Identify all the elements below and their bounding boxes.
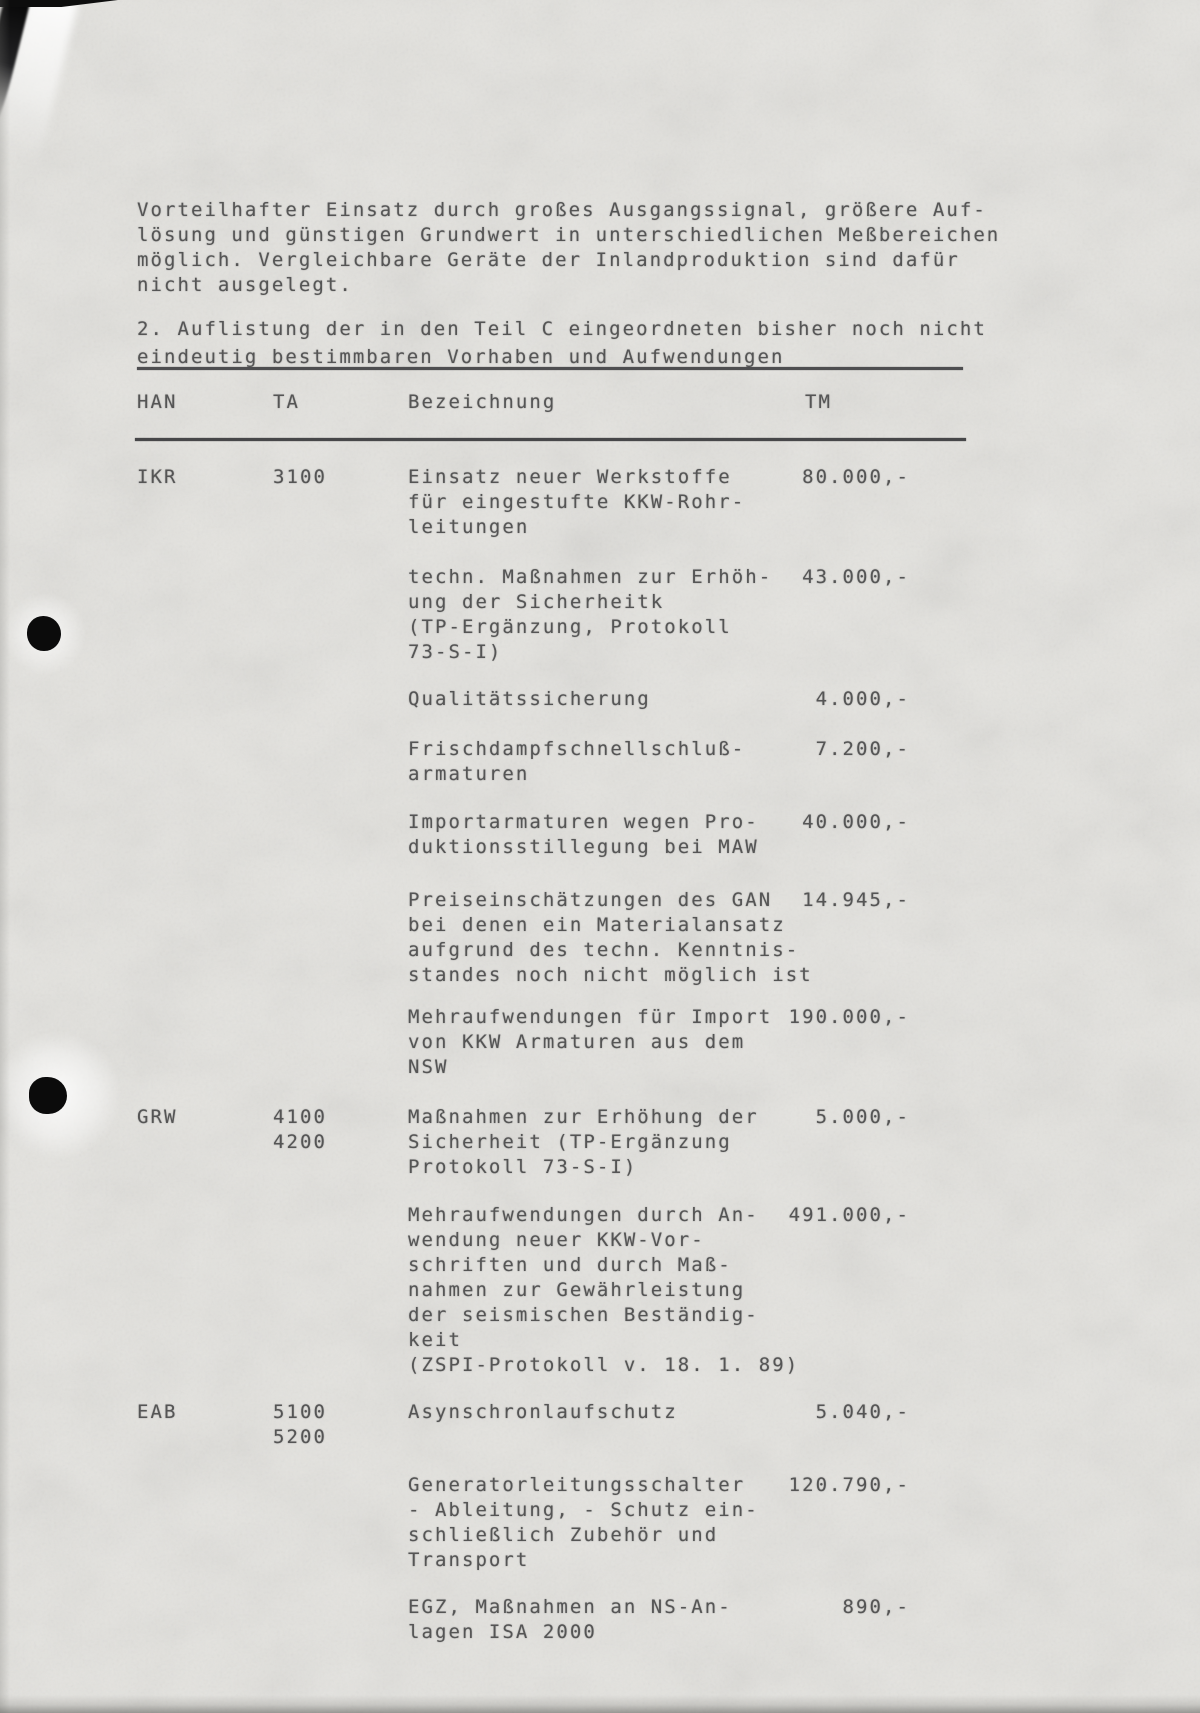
scan-corner-artifact [0, 0, 118, 7]
description-cell: Qualitätssicherung [408, 687, 651, 712]
amount-cell: 7.200,- [690, 737, 910, 762]
column-header-bezeichnung: Bezeichnung [408, 390, 556, 415]
left-edge-shadow [0, 0, 10, 1713]
hole-punch-bottom [29, 1077, 67, 1114]
han-cell: IKR [137, 465, 177, 490]
section-heading-line1: 2. Auflistung der in den Teil C eingeord… [137, 317, 987, 342]
ta-cell: 5100 [273, 1400, 327, 1425]
amount-cell: 491.000,- [690, 1203, 910, 1228]
column-header-han: HAN [137, 390, 177, 415]
column-header-tm: TM [805, 390, 832, 415]
amount-cell: 5.000,- [690, 1105, 910, 1130]
amount-cell: 4.000,- [690, 687, 910, 712]
description-cell: EGZ, Maßnahmen an NS-An- lagen ISA 2000 [408, 1595, 732, 1645]
description-cell: Asynschronlaufschutz [408, 1400, 678, 1425]
ta-cell: 4100 [273, 1105, 327, 1130]
amount-cell: 80.000,- [690, 465, 910, 490]
amount-cell: 5.040,- [690, 1400, 910, 1425]
document-page: Vorteilhafter Einsatz durch großes Ausga… [0, 0, 1200, 1713]
ta-cell: 3100 [273, 465, 327, 490]
table-header-rule [135, 438, 966, 441]
ta-cell: 4200 [273, 1130, 327, 1155]
amount-cell: 890,- [690, 1595, 910, 1620]
han-cell: GRW [137, 1105, 177, 1130]
han-cell: EAB [137, 1400, 177, 1425]
ta-cell: 5200 [273, 1425, 327, 1450]
amount-cell: 120.790,- [690, 1473, 910, 1498]
column-header-ta: TA [273, 390, 300, 415]
intro-paragraph: Vorteilhafter Einsatz durch großes Ausga… [137, 198, 1037, 298]
amount-cell: 190.000,- [690, 1005, 910, 1030]
amount-cell: 40.000,- [690, 810, 910, 835]
hole-punch-top [27, 616, 61, 651]
amount-cell: 43.000,- [690, 565, 910, 590]
description-cell: Mehraufwendungen durch An- wendung neuer… [408, 1203, 799, 1378]
amount-cell: 14.945,- [690, 888, 910, 913]
bottom-edge-shadow [0, 1695, 1200, 1713]
heading-underline [137, 367, 963, 370]
